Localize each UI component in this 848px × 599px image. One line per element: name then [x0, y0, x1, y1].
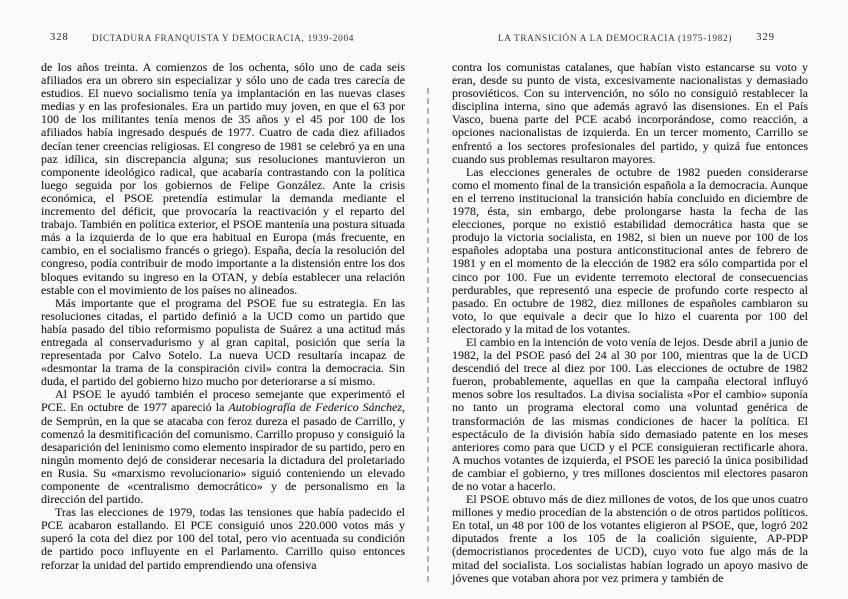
book-scan: 328 DICTADURA FRANQUISTA Y DEMOCRACIA, 1…: [0, 0, 848, 599]
paragraph: El PSOE obtuvo más de diez millones de v…: [452, 493, 808, 585]
book-title-italic: Autobiografía de Federico Sánchez: [228, 400, 402, 414]
paragraph: Al PSOE le ayudó también el proceso seme…: [41, 388, 405, 506]
running-head-title-right: LA TRANSICIÓN A LA DEMOCRACIA (1975-1982…: [437, 33, 793, 44]
paragraph: contra los comunistas catalanes, que hab…: [452, 61, 808, 166]
paragraph: Las elecciones generales de octubre de 1…: [452, 166, 808, 336]
page-left: 328 DICTADURA FRANQUISTA Y DEMOCRACIA, 1…: [41, 33, 405, 572]
paragraph: Más importante que el programa del PSOE …: [41, 297, 405, 389]
page-number-right: 329: [756, 32, 775, 43]
gutter-binding-line: [427, 88, 429, 582]
running-head-right: LA TRANSICIÓN A LA DEMOCRACIA (1975-1982…: [452, 33, 808, 47]
running-head-title-left: DICTADURA FRANQUISTA Y DEMOCRACIA, 1939-…: [41, 33, 405, 44]
page-body-right: contra los comunistas catalanes, que hab…: [452, 61, 808, 585]
page-body-left: de los años treinta. A comienzos de los …: [41, 61, 405, 572]
page-right: LA TRANSICIÓN A LA DEMOCRACIA (1975-1982…: [452, 33, 808, 585]
paragraph-segment: , de Semprún, en la que se atacaba con f…: [41, 400, 405, 506]
paragraph: de los años treinta. A comienzos de los …: [41, 61, 405, 297]
paragraph: Tras las elecciones de 1979, todas las t…: [41, 506, 405, 571]
running-head-left: 328 DICTADURA FRANQUISTA Y DEMOCRACIA, 1…: [41, 33, 405, 47]
paragraph: El cambio en la intención de voto venía …: [452, 336, 808, 493]
page-number-left: 328: [50, 32, 69, 43]
